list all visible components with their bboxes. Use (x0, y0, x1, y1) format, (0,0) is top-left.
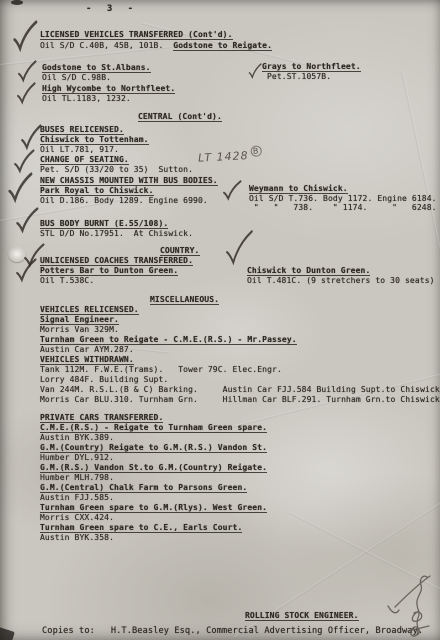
document-line: Turnham Green spare to C.E., Earls Court… (40, 523, 242, 532)
document-line: VEHICLES RELICENSED. (40, 305, 139, 314)
checkmark-icon (248, 63, 262, 80)
document-page: - 3 -LICENSED VEHICLES TRANSFERRED (Cont… (0, 0, 440, 640)
document-line: Chiswick to Tottenham. (40, 135, 149, 144)
scan-smudge (11, 0, 23, 5)
document-line: STL D/D No.17951. At Chiswick. (40, 229, 193, 238)
document-line: Park Royal to Chiswick. (40, 186, 154, 195)
document-line: UNLICENSED COACHES TRANSFERRED. (40, 256, 193, 265)
document-line: Potters Bar to Dunton Green. (40, 266, 178, 275)
document-line: G.M.(Central) Chalk Farm to Parsons Gree… (40, 483, 247, 492)
document-line: CHANGE OF SEATING. (40, 155, 129, 164)
document-line: Austin BYK.389. (40, 433, 114, 442)
copies-line: Copies to: H.T.Beasley Esq., Commercial … (42, 627, 423, 636)
checkmark-icon (224, 229, 254, 269)
checkmark-icon (15, 207, 39, 235)
document-line: BUSES RELICENSED. (40, 125, 124, 134)
document-line: Morris Car BLU.310. Turnham Grn. Hillman… (40, 395, 440, 404)
document-line: Austin BYK.358. (40, 533, 114, 542)
document-line: Oil T.538C. (40, 276, 94, 285)
document-line: Signal Engineer. (40, 315, 119, 324)
document-line: Chiswick to Dunton Green. (247, 266, 370, 275)
section-heading: LICENSED VEHICLES TRANSFERRED (Cont'd). (40, 30, 233, 39)
document-line: Austin Car AYM.287. (40, 345, 134, 354)
handwritten-note-text: LT 1428 (198, 149, 249, 165)
checkmark-icon (15, 258, 37, 284)
document-line: Turnham Green spare to G.M.(Rlys). West … (40, 503, 267, 512)
document-line: Humber DYL.912. (40, 453, 114, 462)
document-line: Lorry 484F. Building Supt. (40, 375, 168, 384)
document-line: Oil T.481C. (9 stretchers to 30 seats) (247, 276, 435, 285)
document-line: C.M.E.(R.S.) - Reigate to Turnham Green … (40, 423, 267, 432)
handwritten-note: LT 1428B (198, 148, 263, 164)
document-line: Humber MLH.798. (40, 473, 114, 482)
document-line: Oil S/D T.736. Body 1172. Engine 6184. (249, 194, 437, 203)
document-line: BUS BODY BURNT (E.55/108). (40, 219, 168, 228)
section-heading: CENTRAL (Cont'd). (138, 112, 222, 121)
document-line: NEW CHASSIS MOUNTED WITH BUS BODIES. (40, 176, 218, 185)
signature-title: ROLLING STOCK ENGINEER. (245, 611, 359, 620)
document-line: " " 738. " 1174. " 6248. (249, 203, 437, 212)
section-heading: COUNTRY. (160, 246, 200, 255)
document-line: Turnham Green to Reigate - C.M.E.(R.S.) … (40, 335, 297, 344)
document-line: Morris CXX.424. (40, 513, 114, 522)
document-line: High Wycombe to Northfleet. (42, 84, 175, 93)
checkmark-icon (12, 20, 38, 54)
document-line: Morris Van 329M. (40, 325, 119, 334)
document-line: G.M.(Country) Reigate to G.M.(R.S.) Vand… (40, 443, 267, 452)
section-heading: MISCELLANEOUS. (150, 295, 219, 304)
document-line: Van 244M. R.S.L.(B & C) Barking. Austin … (40, 385, 440, 394)
document-line: Weymann to Chiswick. (249, 184, 348, 193)
document-line: Tank 112M. F.W.E.(Trams). Tower 79C. Ele… (40, 365, 282, 374)
document-line: PRIVATE CARS TRANSFERRED. (40, 413, 163, 422)
document-line: Austin FJJ.585. (40, 493, 114, 502)
document-line: Grays to Northfleet. (262, 62, 361, 71)
checkmark-icon (222, 180, 242, 202)
handwritten-signature (383, 571, 440, 640)
checkmark-icon (16, 82, 36, 106)
page-number: - 3 - (86, 5, 138, 14)
checkmark-icon (17, 60, 37, 84)
document-line: Oil S/D C.98B. (42, 73, 111, 82)
scan-corner-mark (0, 627, 15, 640)
checkmark-icon (20, 124, 42, 152)
document-line: G.M.(R.S.) Vandon St.to G.M.(Country) Re… (40, 463, 267, 472)
paper-crease (401, 71, 440, 296)
document-line: Oil LT.781, 917. (40, 145, 119, 154)
handwritten-note-superscript: B (250, 145, 262, 157)
document-line: Oil S/D C.40B, 45B, 101B. Godstone to Re… (40, 41, 272, 50)
document-line: Oil D.186. Body 1289. Engine 6990. (40, 196, 208, 205)
document-line: Pet.ST.1057B. (267, 72, 331, 81)
document-line: Oil TL.1183, 1232. (42, 94, 131, 103)
checkmark-icon (7, 172, 33, 205)
document-line: Godstone to St.Albans. (42, 63, 151, 72)
document-line: Pet. S/D (33/20 to 35) Sutton. (40, 165, 193, 174)
document-line: VEHICLES WITHDRAWN. (40, 355, 134, 364)
